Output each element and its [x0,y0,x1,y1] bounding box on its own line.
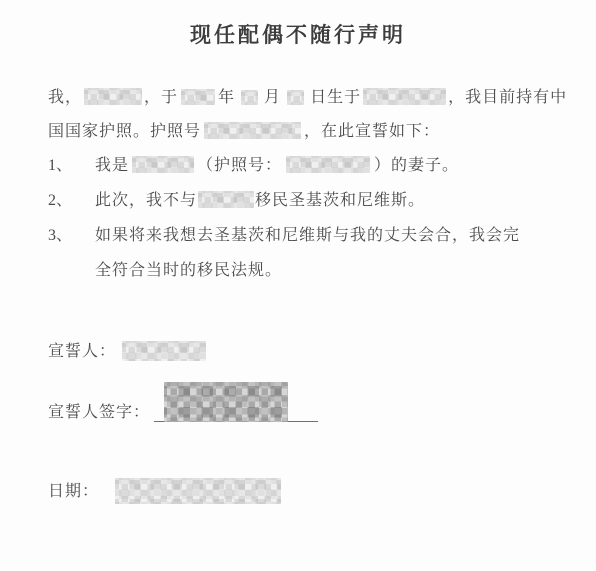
declarant-label: 宣誓人： [48,343,116,360]
item-text-segment: （护照号： [197,157,282,174]
intro-text-segment: ，我目前持有中 [448,89,567,106]
item-text-segment: 如果将来我想去圣基茨和尼维斯与我的丈夫会合，我会完 [95,227,520,244]
redacted-birthplace [363,88,446,105]
declaration-item-3-line-2: 全符合当时的移民法规。 [95,257,282,280]
redacted-birth-month [241,90,258,105]
redacted-husband-name [132,156,194,173]
declaration-item-2: 2、此次，我不与移民圣基茨和尼维斯。 [48,187,425,210]
redacted-birth-day [287,90,304,105]
intro-text-segment: ，在此宣誓如下： [304,123,440,140]
redacted-signature [164,382,288,422]
redacted-husband-passport-number [286,156,370,173]
intro-text-segment: 年 [218,89,235,106]
intro-text-segment: 我， [48,89,82,106]
redacted-declarant-name [84,88,142,105]
intro-text-segment: 月 [264,89,281,106]
declaration-item-1: 1、我是（护照号：）的妻子。 [48,152,459,175]
item-text-segment: 全符合当时的移民法规。 [95,262,282,279]
signature-line: 宣誓人签字： [48,399,318,422]
redacted-passport-number [204,122,301,139]
redacted-birth-year [181,89,215,105]
item-number: 2、 [48,187,95,210]
declarant-line: 宣誓人： [48,338,206,361]
item-text-segment: 我是 [95,157,129,174]
redacted-husband-name [198,191,254,208]
item-text-segment: ）的妻子。 [374,157,459,174]
item-text-segment: 此次，我不与 [95,192,197,209]
redacted-date [115,478,281,504]
item-number: 3、 [48,222,95,245]
intro-line-1: 我，，于年月日生于，我目前持有中 [48,84,567,107]
document-title: 现任配偶不随行声明 [0,19,596,49]
intro-text-segment: 日生于 [310,89,361,106]
date-line: 日期： [48,478,281,504]
signature-underline [154,399,318,422]
intro-text-segment: 国国家护照。护照号 [48,123,201,140]
redacted-declarant-name [122,341,206,361]
intro-line-2: 国国家护照。护照号，在此宣誓如下： [48,118,440,141]
signature-label: 宣誓人签字： [48,404,150,421]
item-text-segment: 移民圣基茨和尼维斯。 [255,192,425,209]
declaration-item-3-line-1: 3、如果将来我想去圣基茨和尼维斯与我的丈夫会合，我会完 [48,222,520,245]
date-label: 日期： [48,483,99,500]
item-number: 1、 [48,152,95,175]
scanned-declaration-page: 现任配偶不随行声明 我，，于年月日生于，我目前持有中 国国家护照。护照号，在此宣… [0,0,596,571]
intro-text-segment: ，于 [144,89,178,106]
